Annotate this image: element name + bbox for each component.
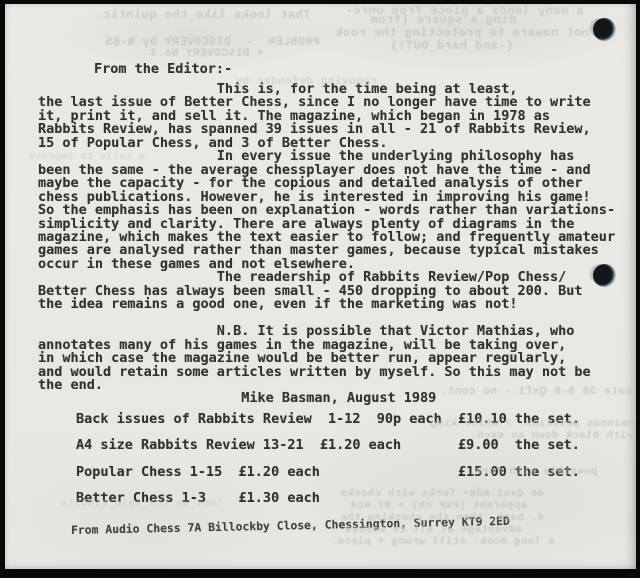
bleedthrough-text: 4. back, then the checking the	[340, 512, 544, 524]
bleedthrough-text: with Black down an exch.	[470, 430, 633, 442]
paper: From the Editor:- This is, for the time …	[5, 4, 636, 569]
punch-hole	[593, 18, 616, 41]
bleedthrough-text: That looks like the quintic.	[95, 8, 311, 22]
bleedthrough-text: possible with fork.	[468, 466, 597, 478]
scanned-page-frame: From the Editor:- This is, for the time …	[0, 0, 640, 578]
bleedthrough-text: advantage at all to assess	[345, 524, 522, 536]
bleedthrough-text: (-and hard OUT!)	[390, 39, 513, 53]
bleedthrough-text: mate 30 0-0 Qxf1 - no cont.	[440, 386, 632, 398]
bleedthrough-text: ominous position. ? white king	[430, 418, 634, 430]
editor-heading: From the Editor:-	[94, 62, 232, 76]
bleedthrough-text: 40 Qxa1 Rd8+ forks with checks	[340, 488, 544, 500]
bleedthrough-text: not noware to protecting the rook	[335, 26, 589, 40]
editorial-body-text: This is, for the time being at least, th…	[38, 83, 615, 406]
bleedthrough-text: a long Rook. still wrong + piece.	[330, 536, 554, 548]
bleedthrough-text: a calls to improve	[28, 152, 145, 163]
bleedthrough-text: removing defender by	[235, 76, 377, 88]
bleedthrough-text: + DISCOVERY No.3	[150, 48, 264, 60]
bleedthrough-text: ding a square (from	[370, 13, 516, 27]
punch-hole	[593, 264, 616, 287]
bleedthrough-text: apparent (PxP ch) + B7.Kc8	[350, 500, 527, 512]
bleedthrough-text: loos so the said tidbits	[60, 498, 223, 510]
